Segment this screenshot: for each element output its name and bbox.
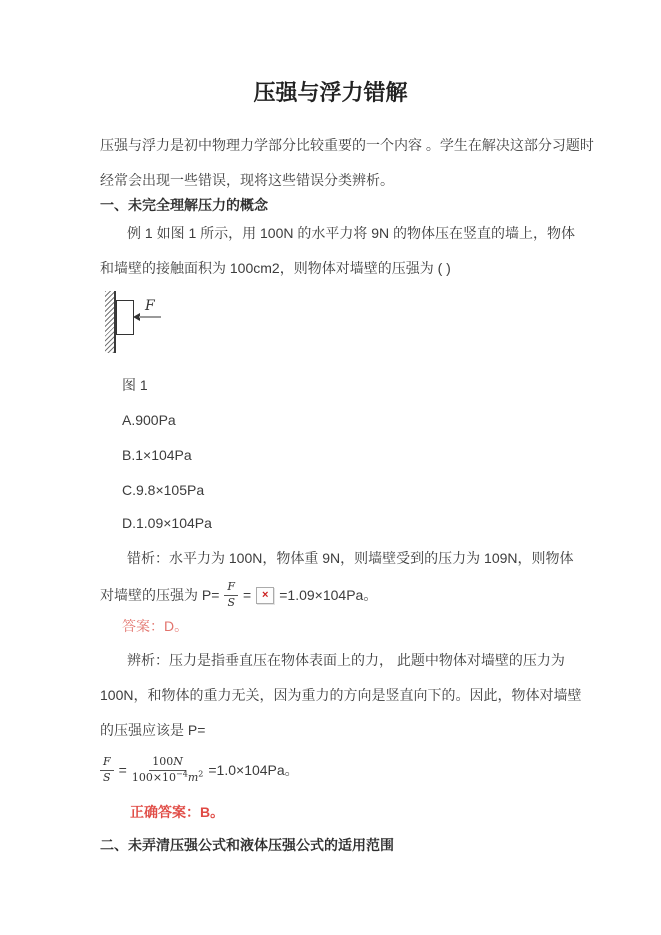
wall-hatching xyxy=(105,291,116,353)
correct-answer-text: 正确答案：B。 xyxy=(100,795,605,830)
option-a: A.900Pa xyxy=(100,403,597,438)
fraction-f-over-s: F S xyxy=(224,581,238,609)
analysis-line-2: 100N，和物体的重力无关，因为重力的方向是竖直向下的。因此，物体对墙壁 xyxy=(100,678,575,713)
equation-result-text: =1.09×104Pa。 xyxy=(279,585,377,605)
fraction-f-over-s: F S xyxy=(100,756,114,784)
wrong-answer-text: 答案：D。 xyxy=(100,609,597,644)
equation-prefix-text: 对墙壁的压强为 P= xyxy=(100,585,219,605)
figure-1-caption: 图 1 xyxy=(100,368,597,403)
option-d: D.1.09×104Pa xyxy=(100,506,597,541)
broken-image-icon[interactable]: × xyxy=(256,587,274,604)
equals-sign: = xyxy=(119,762,127,778)
option-c: C.9.8×105Pa xyxy=(100,473,597,508)
formula-result-text: =1.0×104Pa。 xyxy=(208,760,298,780)
error-analysis-line-1: 错析：水平力为 100N，物体重 9N，则墙壁受到的压力为 109N，则物体 xyxy=(100,541,602,576)
correct-formula-row: F S = 100N 100×10−4m2 =1.0×104Pa。 xyxy=(100,748,299,792)
force-arrow-line xyxy=(139,316,161,318)
example-line-1: 例 1 如图 1 所示，用 100N 的水平力将 9N 的物体压在竖直的墙上，物… xyxy=(100,216,602,251)
force-label: F xyxy=(145,298,155,314)
figure-1-diagram: F xyxy=(100,288,250,366)
document-page: 压强与浮力错解 压强与浮力是初中物理力学部分比较重要的一个内容 。学生在解决这部… xyxy=(0,0,661,935)
equals-sign: = xyxy=(243,587,251,603)
analysis-line-1: 辨析：压力是指垂直压在物体表面上的力， 此题中物体对墙壁的压力为 xyxy=(100,643,602,678)
fraction-values: 100N 100×10−4m2 xyxy=(132,756,204,784)
pressed-object-box xyxy=(116,300,134,335)
option-b: B.1×104Pa xyxy=(100,438,597,473)
analysis-line-3: 的压强应该是 P= xyxy=(100,713,575,748)
page-title: 压强与浮力错解 xyxy=(0,76,661,110)
example-line-2: 和墙壁的接触面积为 100cm2，则物体对墙壁的压强为 ( ) xyxy=(100,251,575,286)
intro-line-1: 压强与浮力是初中物理力学部分比较重要的一个内容 。学生在解决这部分习题时 xyxy=(100,128,575,163)
section-2-heading: 二、未弄清压强公式和液体压强公式的适用范围 xyxy=(100,828,575,863)
